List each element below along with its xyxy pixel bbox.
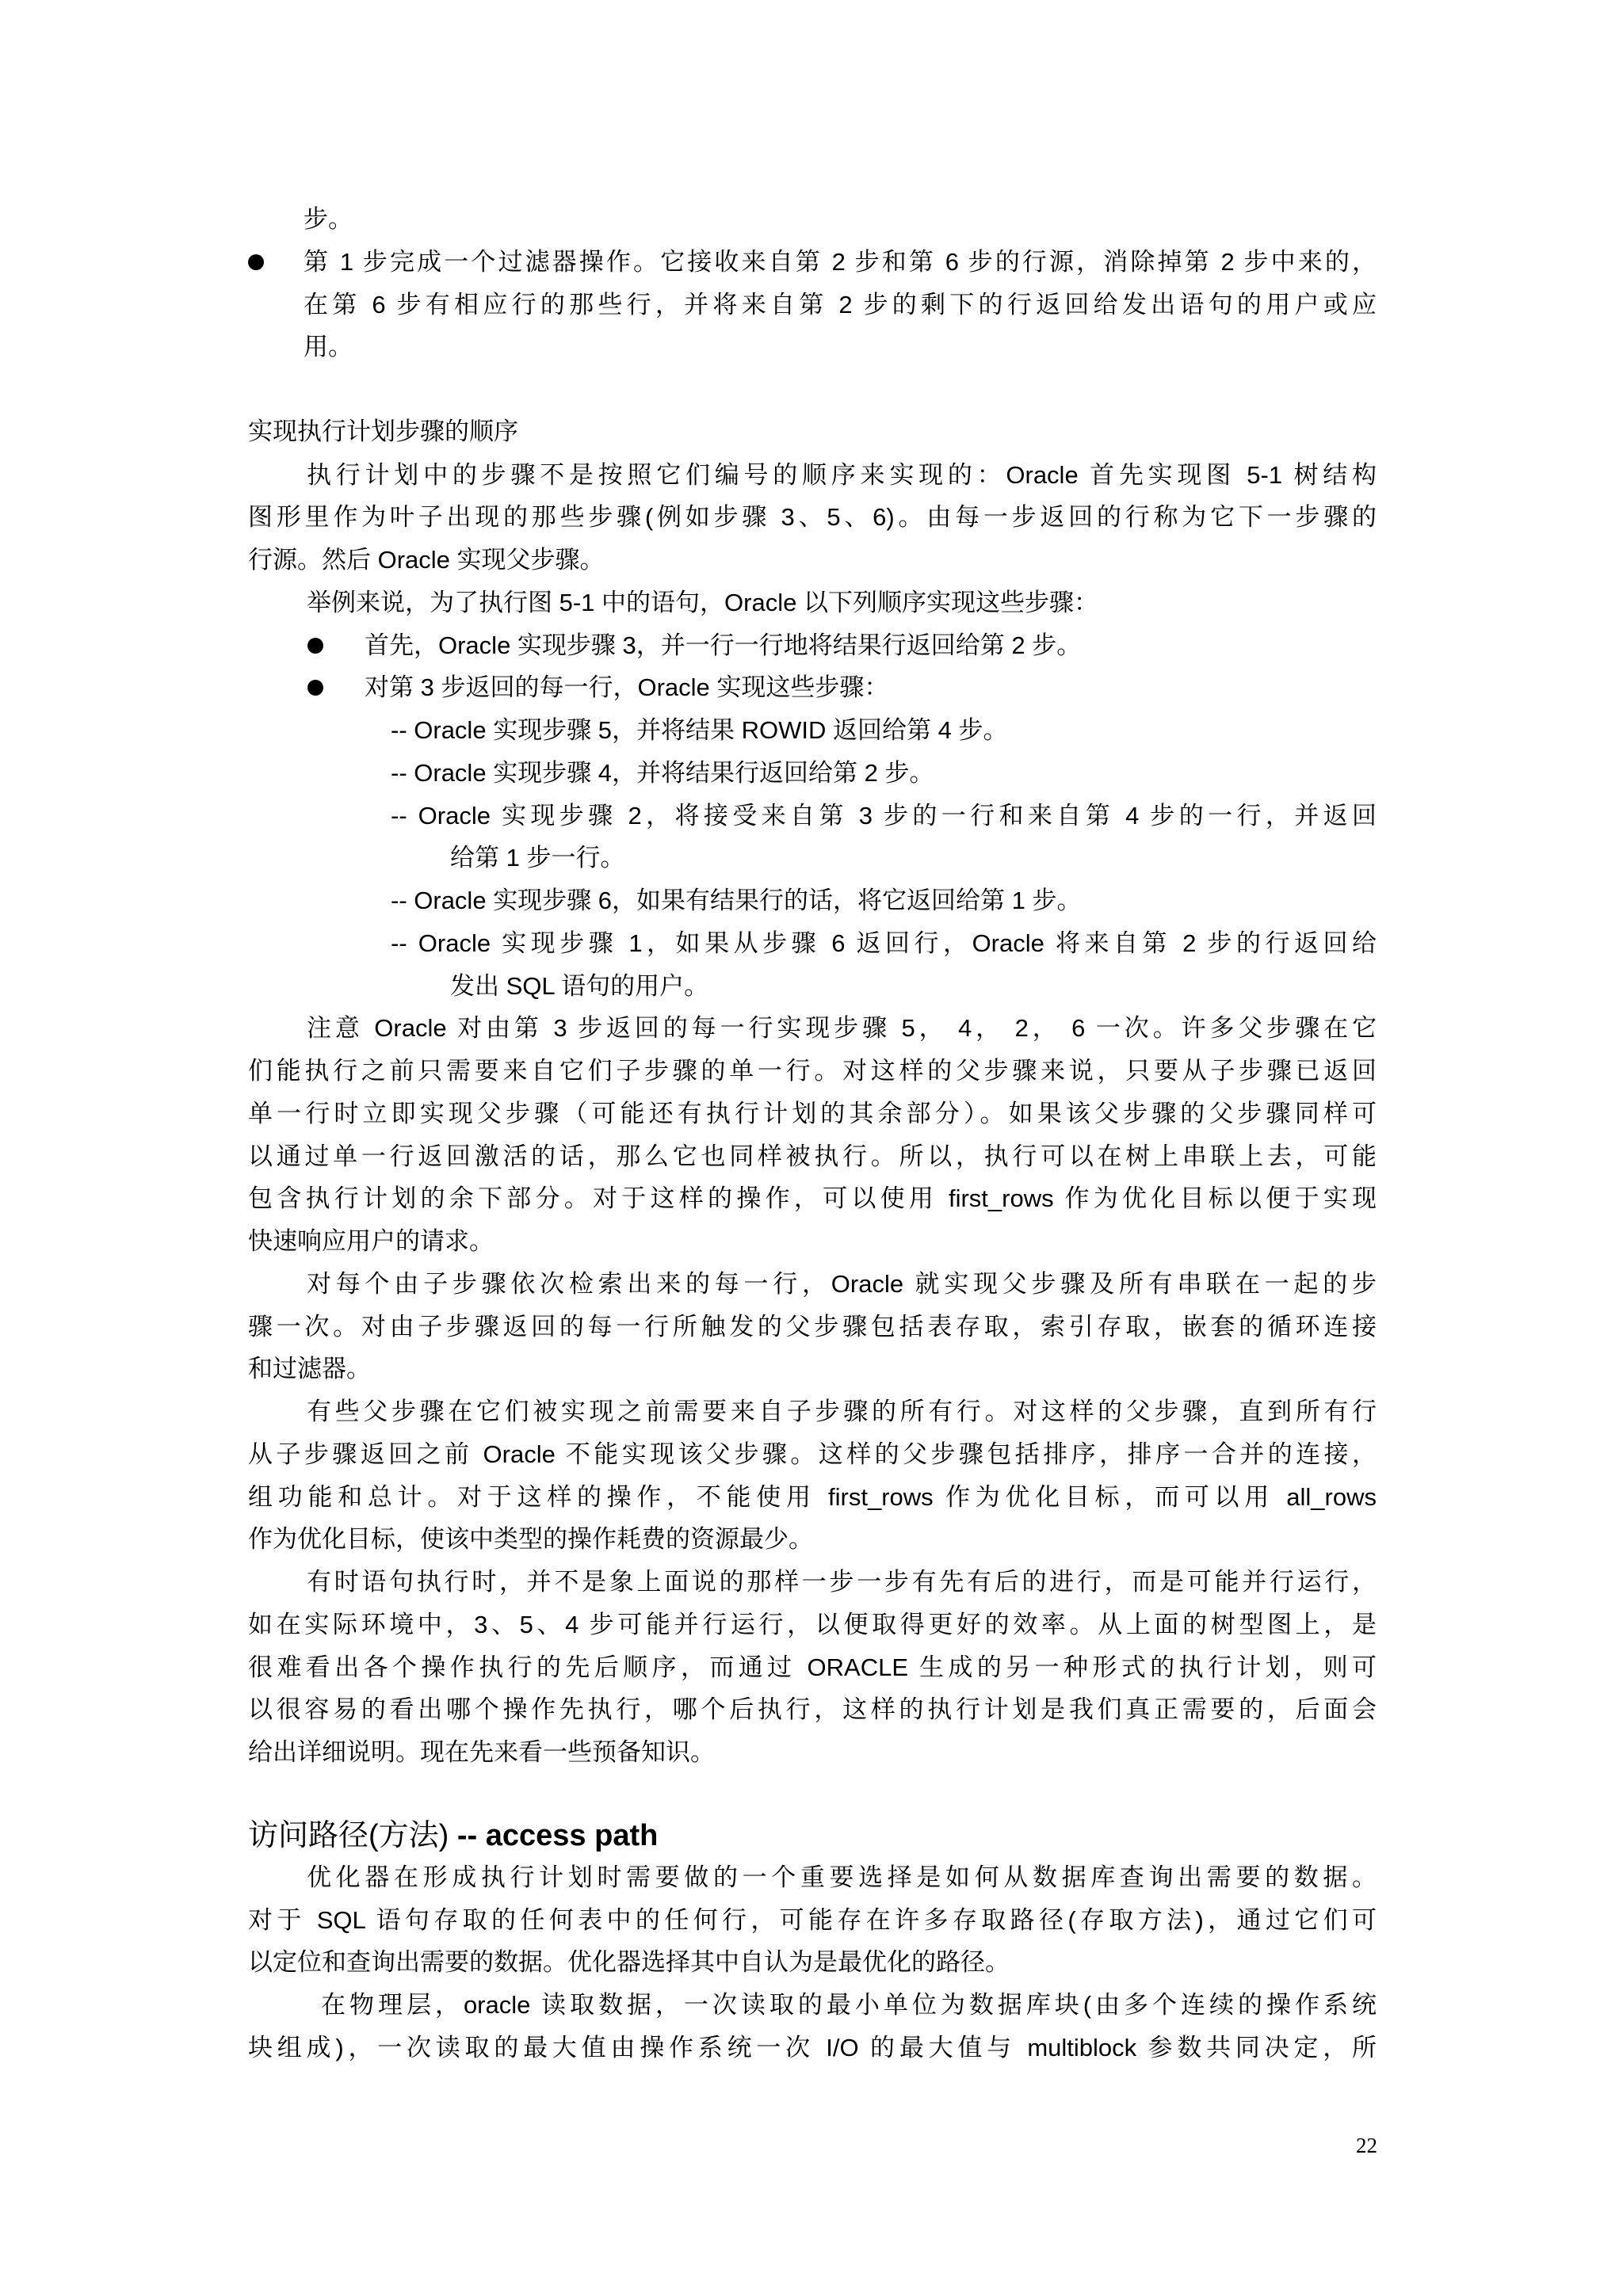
text-line: 块组成)，一次读取的最大值由操作系统一次 I/O 的最大值与 multibloc… — [248, 2027, 1377, 2069]
sub-step-2: -- Oracle 实现步骤 2，将接受来自第 3 步的一行和来自第 4 步的一… — [248, 795, 1377, 880]
paragraph-parallel: 有时语句执行时，并不是象上面说的那样一步一步有先有后的进行，而是可能并行运行， … — [248, 1561, 1377, 1774]
text-line: 骤一次。对由子步骤返回的每一行所触发的父步骤包括表存取，索引存取，嵌套的循环连接 — [248, 1306, 1377, 1348]
sub-step-6: -- Oracle 实现步骤 6，如果有结果行的话，将它返回给第 1 步。 — [248, 879, 1377, 922]
text-line: 单一行时立即实现父步骤（可能还有执行计划的其余部分）。如果该父步骤的父步骤同样可 — [248, 1093, 1377, 1135]
list-item-for-each-row: 对第 3 步返回的每一行，Oracle 实现这些步骤： — [248, 666, 1377, 709]
text-line: -- Oracle 实现步骤 4，并将结果行返回给第 2 步。 — [248, 752, 1377, 795]
text-line: 快速响应用户的请求。 — [248, 1220, 1377, 1263]
page-body: 步。 第 1 步完成一个过滤器操作。它接收来自第 2 步和第 6 步的行源，消除… — [248, 198, 1377, 2069]
text-line: 图形里作为叶子出现的那些步骤(例如步骤 3、5、6)。由每一步返回的行称为它下一… — [248, 496, 1377, 539]
page-number: 22 — [1356, 2133, 1377, 2158]
paragraph-physical-layer: 在物理层，oracle 读取数据，一次读取的最小单位为数据库块(由多个连续的操作… — [248, 1984, 1377, 2069]
text-line: 步。 — [248, 198, 1377, 241]
text-line: 和过滤器。 — [248, 1348, 1377, 1390]
paragraph-example: 举例来说，为了执行图 5-1 中的语句，Oracle 以下列顺序实现这些步骤： — [248, 582, 1377, 624]
text-line: 给出详细说明。现在先来看一些预备知识。 — [248, 1731, 1377, 1774]
text-line: 优化器在形成执行计划时需要做的一个重要选择是如何从数据库查询出需要的数据。 — [248, 1856, 1377, 1899]
text-line: -- Oracle 实现步骤 6，如果有结果行的话，将它返回给第 1 步。 — [248, 879, 1377, 922]
section-heading-access-path: 访问路径(方法) -- access path — [248, 1815, 1377, 1856]
text-line: 在第 6 步有相应行的那些行，并将来自第 2 步的剩下的行返回给发出语句的用户或… — [248, 284, 1377, 326]
text-line: 以定位和查询出需要的数据。优化器选择其中自认为是最优化的路径。 — [248, 1941, 1377, 1984]
text-line: 对每个由子步骤依次检索出来的每一行，Oracle 就实现父步骤及所有串联在一起的… — [248, 1263, 1377, 1306]
text-line: 组功能和总计。对于这样的操作，不能使用 first_rows 作为优化目标，而可… — [248, 1476, 1377, 1519]
heading-chinese: 访问路径(方法) — [248, 1819, 457, 1852]
blank-line — [248, 368, 1377, 411]
text-line: 注意 Oracle 对由第 3 步返回的每一行实现步骤 5， 4， 2， 6 一… — [248, 1007, 1377, 1050]
text-line: 包含执行计划的余下部分。对于这样的操作，可以使用 first_rows 作为优化… — [248, 1177, 1377, 1220]
text-line: 在物理层，oracle 读取数据，一次读取的最小单位为数据库块(由多个连续的操作… — [248, 1984, 1377, 2027]
text-line: 以通过单一行返回激活的话，那么它也同样被执行。所以，执行可以在树上串联上去，可能 — [248, 1135, 1377, 1178]
sub-step-5: -- Oracle 实现步骤 5，并将结果 ROWID 返回给第 4 步。 — [248, 709, 1377, 752]
text-line: 用。 — [248, 326, 1377, 368]
paragraph-all-rows: 有些父步骤在它们被实现之前需要来自子步骤的所有行。对这样的父步骤，直到所有行 从… — [248, 1390, 1377, 1561]
text-line: 从子步骤返回之前 Oracle 不能实现该父步骤。这样的父步骤包括排序，排序一合… — [248, 1433, 1377, 1476]
text-line: 作为优化目标，使该中类型的操作耗费的资源最少。 — [248, 1518, 1377, 1561]
text-line: 第 1 步完成一个过滤器操作。它接收来自第 2 步和第 6 步的行源，消除掉第 … — [248, 241, 1377, 284]
sub-step-4: -- Oracle 实现步骤 4，并将结果行返回给第 2 步。 — [248, 752, 1377, 795]
paragraph-optimizer: 优化器在形成执行计划时需要做的一个重要选择是如何从数据库查询出需要的数据。 对于… — [248, 1856, 1377, 1984]
heading-english: -- access path — [457, 1819, 658, 1852]
text-line: 发出 SQL 语句的用户。 — [248, 965, 1377, 1008]
continued-list-item: 步。 — [248, 198, 1377, 241]
text-line: 行源。然后 Oracle 实现父步骤。 — [248, 539, 1377, 582]
text-line: 举例来说，为了执行图 5-1 中的语句，Oracle 以下列顺序实现这些步骤： — [248, 582, 1377, 624]
text-line: -- Oracle 实现步骤 1，如果从步骤 6 返回行，Oracle 将来自第… — [248, 922, 1377, 965]
paragraph-each-row: 对每个由子步骤依次检索出来的每一行，Oracle 就实现父步骤及所有串联在一起的… — [248, 1263, 1377, 1390]
text-line: -- Oracle 实现步骤 5，并将结果 ROWID 返回给第 4 步。 — [248, 709, 1377, 752]
paragraph-order: 执行计划中的步骤不是按照它们编号的顺序来实现的：Oracle 首先实现图 5-1… — [248, 454, 1377, 582]
text-line: -- Oracle 实现步骤 2，将接受来自第 3 步的一行和来自第 4 步的一… — [248, 795, 1377, 837]
paragraph-note: 注意 Oracle 对由第 3 步返回的每一行实现步骤 5， 4， 2， 6 一… — [248, 1007, 1377, 1263]
text-line: 首先，Oracle 实现步骤 3，并一行一行地将结果行返回给第 2 步。 — [248, 624, 1377, 667]
sub-step-1: -- Oracle 实现步骤 1，如果从步骤 6 返回行，Oracle 将来自第… — [248, 922, 1377, 1008]
text-line: 如在实际环境中，3、5、4 步可能并行运行，以便取得更好的效率。从上面的树型图上… — [248, 1604, 1377, 1646]
text-line: 对第 3 步返回的每一行，Oracle 实现这些步骤： — [248, 666, 1377, 709]
text-line: 很难看出各个操作执行的先后顺序，而通过 ORACLE 生成的另一种形式的执行计划… — [248, 1646, 1377, 1689]
text-line: 执行计划中的步骤不是按照它们编号的顺序来实现的：Oracle 首先实现图 5-1… — [248, 454, 1377, 497]
list-item-first: 首先，Oracle 实现步骤 3，并一行一行地将结果行返回给第 2 步。 — [248, 624, 1377, 667]
text-line: 有时语句执行时，并不是象上面说的那样一步一步有先有后的进行，而是可能并行运行， — [248, 1561, 1377, 1604]
list-item-step1-filter: 第 1 步完成一个过滤器操作。它接收来自第 2 步和第 6 步的行源，消除掉第 … — [248, 241, 1377, 368]
text-line: 们能执行之前只需要来自它们子步骤的单一行。对这样的父步骤来说，只要从子步骤已返回 — [248, 1050, 1377, 1093]
text-line: 有些父步骤在它们被实现之前需要来自子步骤的所有行。对这样的父步骤，直到所有行 — [248, 1390, 1377, 1433]
document-page: 步。 第 1 步完成一个过滤器操作。它接收来自第 2 步和第 6 步的行源，消除… — [0, 0, 1623, 2296]
text-line: 给第 1 步一行。 — [248, 837, 1377, 879]
text-line: 以很容易的看出哪个操作先执行，哪个后执行，这样的执行计划是我们真正需要的，后面会 — [248, 1688, 1377, 1731]
text-line: 对于 SQL 语句存取的任何表中的任何行，可能存在许多存取路径(存取方法)，通过… — [248, 1899, 1377, 1942]
section-heading-execution-order: 实现执行计划步骤的顺序 — [248, 411, 1377, 454]
